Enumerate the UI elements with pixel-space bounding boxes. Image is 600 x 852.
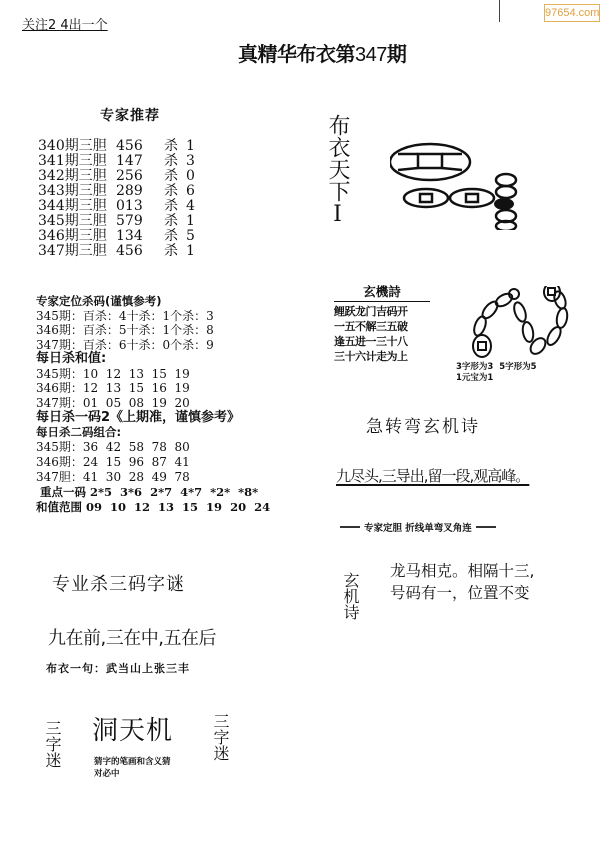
kill-label: 杀	[164, 139, 186, 154]
expert-dan-text: 专家定胆 折线单弯叉角连	[364, 520, 472, 534]
chain-caption: 3字形为3 5字形为5 1元宝为1	[456, 362, 537, 384]
poem-line: 鲤跃龙门吉码开	[334, 304, 430, 319]
list-item: 347期三胆456杀1	[38, 244, 195, 259]
page-title: 真精华布衣第347期	[238, 38, 406, 67]
numbers: 147	[116, 154, 164, 169]
kill-label: 杀	[164, 169, 186, 184]
numbers: 134	[116, 229, 164, 244]
kill-value: 6	[186, 184, 195, 199]
period: 344期三胆	[38, 199, 116, 214]
title-text: 真精华布衣第	[238, 42, 355, 66]
riddle-line: 九在前,三在中,五在后	[48, 624, 216, 650]
period: 342期三胆	[38, 169, 116, 184]
kill-value: 1	[186, 139, 195, 154]
sum-range-values: 09 10 12 13 15 19 20 24	[82, 500, 270, 514]
position-kill-block: 专家定位杀码(谨慎参考) 345期：百杀：4十杀：1个杀：3 346期：百杀：5…	[36, 294, 214, 410]
expert-recommend-heading: 专家推荐	[100, 105, 160, 125]
riddle-title: 专业杀三码字谜	[52, 570, 185, 596]
poem-line: 龙马相克。相隔十三,	[390, 560, 534, 582]
title-suffix: 期	[387, 42, 407, 66]
period: 345期三胆	[38, 214, 116, 229]
divider	[340, 526, 360, 528]
numbers: 256	[116, 169, 164, 184]
numbers: 289	[116, 184, 164, 199]
xuanji-shi-lines: 龙马相克。相隔十三, 号码有一，位置不变	[390, 560, 534, 604]
poem-line: 一五不解三五破	[334, 319, 430, 334]
list-item: 340期三胆456杀1	[38, 139, 195, 154]
list-item: 347胆：41 30 28 49 78	[36, 470, 270, 485]
kill-label: 杀	[164, 214, 186, 229]
title-issue: 347	[355, 44, 387, 66]
sharp-turn-poem-title: 急转弯玄机诗	[366, 412, 480, 437]
daily-kill-one-heading: 每日杀一码2《上期准，谨慎参考》	[36, 410, 270, 425]
position-kill-heading: 专家定位杀码(谨慎参考)	[36, 294, 214, 309]
list-item: 346期三胆134杀5	[38, 229, 195, 244]
three-char-riddle-left: 三字迷	[44, 720, 60, 768]
kill-value: 1	[186, 244, 195, 259]
list-item: 345期三胆579杀1	[38, 214, 195, 229]
numbers: 456	[116, 244, 164, 259]
numbers: 013	[116, 199, 164, 214]
xuanji-poem-box: 玄機詩 鲤跃龙门吉码开 一五不解三五破 逢五进一三十八 三十六计走为上	[334, 282, 430, 364]
list-item: 345期：百杀：4十杀：1个杀：3	[36, 309, 214, 324]
period: 340期三胆	[38, 139, 116, 154]
expert-dan-separator: 专家定胆 折线单弯叉角连	[340, 520, 496, 534]
kill-value: 1	[186, 214, 195, 229]
buyi-tianxia-vertical: 布衣天下I	[324, 114, 350, 227]
kill-label: 杀	[164, 199, 186, 214]
poem-line: 号码有一，位置不变	[390, 582, 534, 604]
kill-value: 4	[186, 199, 195, 214]
list-item: 345期：10 12 13 15 19	[36, 367, 214, 382]
period: 343期三胆	[38, 184, 116, 199]
period: 346期三胆	[38, 229, 116, 244]
numbers: 456	[116, 139, 164, 154]
sum-range-label: 和值范围	[36, 500, 82, 514]
kill-label: 杀	[164, 154, 186, 169]
daily-sum-kill-heading: 每日杀和值:	[36, 352, 214, 367]
dongtianji-note: 猜字的笔画和含义猜对必中	[94, 756, 174, 780]
list-item: 342期三胆256杀0	[38, 169, 195, 184]
list-item: 346期：24 15 96 87 41	[36, 455, 270, 470]
list-item: 341期三胆147杀3	[38, 154, 195, 169]
daily-kill-two-heading: 每日杀二码组合:	[36, 425, 270, 440]
xuanji-poem-lines: 鲤跃龙门吉码开 一五不解三五破 逢五进一三十八 三十六计走为上	[334, 302, 430, 364]
list-item: 346期：12 13 15 16 19	[36, 381, 214, 396]
daily-kill-block: 每日杀一码2《上期准，谨慎参考》 每日杀二码组合: 345期：36 42 58 …	[36, 410, 270, 515]
xuanji-shi-vertical: 玄机诗	[336, 572, 364, 620]
divider	[476, 526, 496, 528]
dongtianji-title: 洞天机	[92, 710, 173, 747]
list-item: 347期：01 05 08 19 20	[36, 396, 214, 411]
key-code-values: 2*5 3*6 2*7 4*7 *2* *8*	[86, 485, 258, 499]
numbers: 579	[116, 214, 164, 229]
divider	[499, 0, 500, 22]
poem-line: 逢五进一三十八	[334, 334, 430, 349]
kill-value: 3	[186, 154, 195, 169]
sum-range-row: 和值范围 09 10 12 13 15 19 20 24	[36, 500, 270, 515]
kill-label: 杀	[164, 229, 186, 244]
key-code-row: 重点一码 2*5 3*6 2*7 4*7 *2* *8*	[36, 485, 270, 500]
key-code-label: 重点一码	[40, 485, 86, 499]
xuanji-poem-title: 玄機詩	[334, 282, 430, 302]
riddle-note: 布衣一句：武当山上张三丰	[46, 660, 190, 676]
list-item: 347期：百杀：6十杀：0个杀：9	[36, 338, 214, 353]
coin-stacks-icon	[390, 140, 540, 234]
kill-label: 杀	[164, 184, 186, 199]
list-item: 344期三胆013杀4	[38, 199, 195, 214]
list-item: 346期：百杀：5十杀：1个杀：8	[36, 323, 214, 338]
expert-recommend-list: 340期三胆456杀1 341期三胆147杀3 342期三胆256杀0 343期…	[38, 139, 195, 259]
watermark-badge[interactable]: 97654.com	[544, 4, 600, 22]
three-char-riddle-right: 三字迷	[212, 713, 228, 761]
poem-line: 三十六计走为上	[334, 349, 430, 364]
kill-label: 杀	[164, 244, 186, 259]
kill-value: 5	[186, 229, 195, 244]
list-item: 345期：36 42 58 78 80	[36, 440, 270, 455]
list-item: 343期三胆289杀6	[38, 184, 195, 199]
period: 341期三胆	[38, 154, 116, 169]
kill-value: 0	[186, 169, 195, 184]
sharp-turn-poem-line: 九尽头,三导出,留一段,观高峰。	[336, 465, 529, 486]
top-note: 关注2 4出一个	[22, 14, 108, 33]
coin-chain-icon	[468, 286, 588, 370]
period: 347期三胆	[38, 244, 116, 259]
